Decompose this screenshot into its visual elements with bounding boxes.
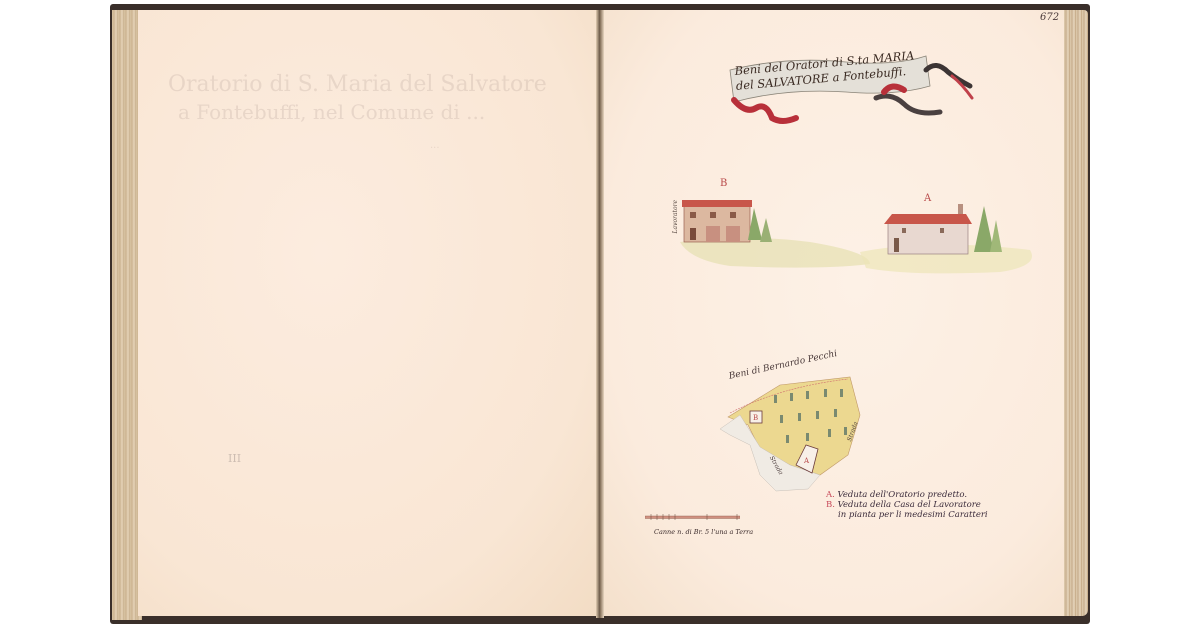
bleed-through-line-2: a Fontebuffi, nel Comune di ... xyxy=(178,100,485,124)
plot-b: B xyxy=(750,411,762,423)
legend-row-b: B. Veduta della Casa del Lavoratore xyxy=(826,500,988,510)
legend-text-b: Veduta della Casa del Lavoratore xyxy=(838,500,981,510)
folio-number: 672 xyxy=(1040,12,1059,23)
bleed-through-line-3: ... xyxy=(430,140,440,151)
view-label-a: A xyxy=(924,193,931,204)
legend-row-c: in pianta per li medesimi Caratteri xyxy=(826,510,988,520)
legend: A. Veduta dell'Oratorio predetto. B. Ved… xyxy=(826,490,988,520)
estate-plan-map: B A xyxy=(720,365,870,495)
scale-caption: Canne n. di Br. 5 l'una a Terra xyxy=(654,528,753,536)
legend-text-c: in pianta per li medesimi Caratteri xyxy=(838,510,988,520)
left-page-mark: III xyxy=(228,452,241,465)
buildings-view xyxy=(670,180,1050,280)
view-label-b: B xyxy=(720,178,727,189)
legend-row-a: A. Veduta dell'Oratorio predetto. xyxy=(826,490,988,500)
legend-letter-b: B. xyxy=(826,500,835,510)
svg-text:B: B xyxy=(753,414,758,422)
legend-text-a: Veduta dell'Oratorio predetto. xyxy=(838,490,967,500)
svg-text:A: A xyxy=(803,457,810,465)
oratory-a xyxy=(888,222,968,254)
book-gutter xyxy=(596,10,604,618)
scale-bar xyxy=(645,514,740,520)
bleed-through-line-1: Oratorio di S. Maria del Salvatore xyxy=(168,72,547,97)
house-side-note: Lavoratore xyxy=(672,200,679,233)
legend-letter-a: A. xyxy=(826,490,835,500)
